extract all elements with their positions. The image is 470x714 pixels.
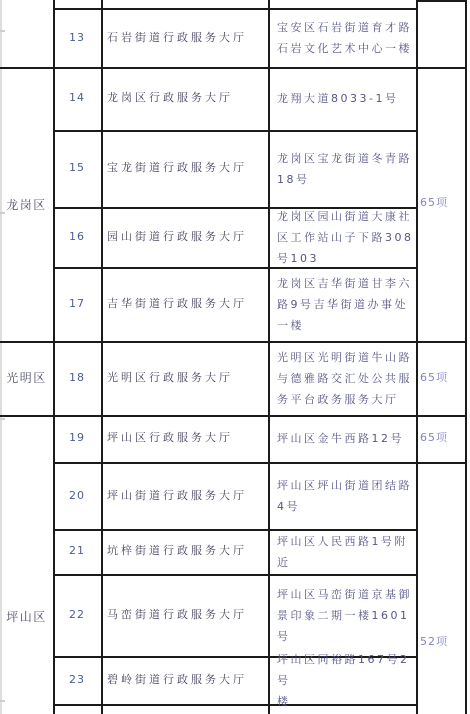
row-number: 13: [55, 29, 99, 47]
hall-name: 宝龙街道行政服务大厅: [107, 159, 267, 177]
district-label: 龙岗区: [0, 196, 53, 214]
hall-address-text: 坪山区坪山街道团结路 4号: [277, 475, 412, 517]
grid-line-h: [416, 0, 467, 2]
hall-address: 龙翔大道8033-1号: [270, 69, 416, 128]
row-number: 14: [55, 89, 99, 107]
row-number: 15: [55, 159, 99, 177]
hall-address: 坪山区同裕路167号2号 楼: [270, 658, 416, 702]
row-number: 19: [55, 429, 99, 447]
hall-address-text: 龙翔大道8033-1号: [277, 88, 398, 109]
hall-address-text: 光明区光明街道牛山路 与德雅路交汇处公共服 务平台政务服务大厅: [277, 347, 412, 410]
hall-address: 光明区光明街道牛山路 与德雅路交汇处公共服 务平台政务服务大厅: [270, 343, 416, 413]
hall-name: 园山街道行政服务大厅: [107, 228, 267, 246]
row-number: 23: [55, 671, 99, 689]
row-number: 18: [55, 369, 99, 387]
service-hall-table: 龙岗区 光明区 坪山区 65项 65项 65项 52项 13 石岩街道行政服务大…: [0, 0, 470, 714]
hall-address-text: 坪山区人民西路1号附 近: [277, 531, 408, 573]
grid-line-v: [465, 0, 467, 714]
hall-address: 龙岗区宝龙街道冬青路 18号: [270, 132, 416, 205]
hall-address-text: 坪山区金牛西路12号: [277, 428, 404, 449]
hall-address-text: 龙岗区宝龙街道冬青路 18号: [277, 148, 412, 190]
hall-address-text: 坪山区同裕路167号2号 楼: [277, 649, 416, 712]
row-number: 22: [55, 606, 99, 624]
left-gridline: [0, 0, 2, 714]
row-number: 21: [55, 542, 99, 560]
hall-address: 龙岗区吉华街道甘李六 路9号吉华街道办事处 一楼: [270, 269, 416, 339]
hall-name: 石岩街道行政服务大厅: [107, 29, 267, 47]
hall-address: 坪山区金牛西路12号: [270, 417, 416, 460]
left-gridline-tick: [0, 30, 5, 32]
hall-address-text: 宝安区石岩街道育才路 石岩文化艺术中心一楼: [277, 17, 412, 59]
hall-address: 宝安区石岩街道育才路 石岩文化艺术中心一楼: [270, 10, 416, 65]
hall-name: 坪山街道行政服务大厅: [107, 487, 267, 505]
hall-name: 龙岗区行政服务大厅: [107, 89, 267, 107]
hall-name: 吉华街道行政服务大厅: [107, 295, 267, 313]
district-label: 光明区: [0, 369, 53, 387]
item-count: 65项: [420, 369, 464, 387]
hall-name: 坑梓街道行政服务大厅: [107, 542, 267, 560]
item-count: 52项: [420, 633, 464, 651]
hall-name: 坪山区行政服务大厅: [107, 429, 267, 447]
hall-name: 碧岭街道行政服务大厅: [107, 671, 267, 689]
hall-address: 坪山区人民西路1号附 近: [270, 531, 416, 572]
hall-address: 坪山区马峦街道京基御 景印象二期一楼1601号: [270, 576, 416, 654]
row-number: 17: [55, 295, 99, 313]
grid-line-v: [416, 0, 418, 714]
left-gridline-tick: [0, 418, 5, 420]
hall-name: 马峦街道行政服务大厅: [107, 606, 267, 624]
item-count: 65项: [420, 194, 464, 212]
left-gridline-tick: [0, 700, 5, 702]
hall-address: 坪山区坪山街道团结路 4号: [270, 464, 416, 527]
hall-address: 龙岗区园山街道大康社 区工作站山子下路308 号103: [270, 209, 416, 265]
hall-address-text: 龙岗区园山街道大康社 区工作站山子下路308 号103: [277, 206, 414, 269]
row-number: 16: [55, 228, 99, 246]
hall-address-text: 坪山区马峦街道京基御 景印象二期一楼1601号: [277, 584, 416, 647]
district-label: 坪山区: [0, 608, 53, 626]
row-number: 20: [55, 487, 99, 505]
hall-address-text: 龙岗区吉华街道甘李六 路9号吉华街道办事处 一楼: [277, 273, 412, 336]
grid-line-v: [101, 0, 103, 714]
hall-name: 光明区行政服务大厅: [107, 369, 267, 387]
item-count: 65项: [420, 429, 464, 447]
